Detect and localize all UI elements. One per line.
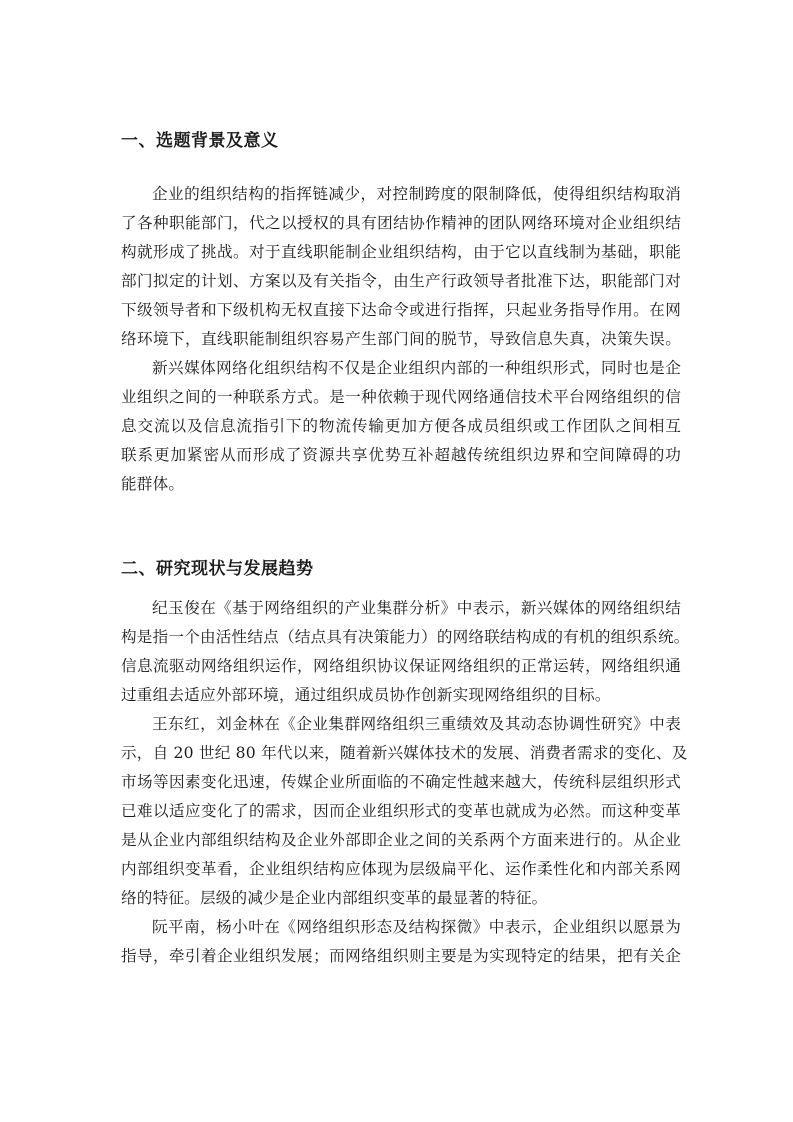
paragraph-5: 阮平南，杨小叶在《网络组织形态及结构探微》中表示，企业组织以愿景为 指导，牵引着… [121,913,681,971]
text-line: 过重组去适应外部环境，通过组织成员协作创新实现网络组织的目标。 [121,681,681,710]
text-line: 企业的组织结构的指挥链减少，对控制跨度的限制降低，使得组织结构取消 [121,180,681,209]
text-line: 业组织之间的一种联系方式。是一种依赖于现代网络通信技术平台网络组织的信 [121,383,681,412]
text-line: 纪玉俊在《基于网络组织的产业集群分析》中表示，新兴媒体的网络组织结 [121,594,681,623]
text-line: 络的特征。层级的减少是企业内部组织变革的最显著的特征。 [121,884,681,913]
text-line: 新兴媒体网络化组织结构不仅是企业组织内部的一种组织形式，同时也是企 [121,354,681,383]
paragraph-4: 王东红，刘金林在《企业集群网络组织三重绩效及其动态协调性研究》中表 示，自 20… [121,710,681,913]
text-line: 息交流以及信息流指引下的物流传输更加方便各成员组织或工作团队之间相互 [121,412,681,441]
text-line: 构是指一个由活性结点（结点具有决策能力）的网络联结构成的有机的组织系统。 [121,623,681,652]
text-line: 王东红，刘金林在《企业集群网络组织三重绩效及其动态协调性研究》中表 [121,710,681,739]
text-line: 信息流驱动网络组织运作，网络组织协议保证网络组织的正常运转，网络组织通 [121,652,681,681]
text-line: 已难以适应变化了的需求，因而企业组织形式的变革也就成为必然。而这种变革 [121,797,681,826]
text-line: 是从企业内部组织结构及企业外部即企业之间的关系两个方面来进行的。从企业 [121,826,681,855]
text-line: 下级领导者和下级机构无权直接下达命令或进行指挥，只起业务指导作用。在网 [121,296,681,325]
text-line: 阮平南，杨小叶在《网络组织形态及结构探微》中表示，企业组织以愿景为 [121,913,681,942]
paragraph-1: 企业的组织结构的指挥链减少，对控制跨度的限制降低，使得组织结构取消 了各种职能部… [121,180,681,354]
text-line: 市场等因素变化迅速，传媒企业所面临的不确定性越来越大，传统科层组织形式 [121,768,681,797]
text-line: 示，自 20 世纪 80 年代以来，随着新兴媒体技术的发展、消费者需求的变化、及 [121,739,681,768]
paragraph-3: 纪玉俊在《基于网络组织的产业集群分析》中表示，新兴媒体的网络组织结 构是指一个由… [121,594,681,710]
text-line: 构就形成了挑战。对于直线职能制企业组织结构，由于它以直线制为基础，职能 [121,238,681,267]
text-line: 指导，牵引着企业组织发展；而网络组织则主要是为实现特定的结果，把有关企 [121,942,681,971]
text-line: 能群体。 [121,470,681,499]
text-line: 内部组织变革看，企业组织结构应体现为层级扁平化、运作柔性化和内部关系网 [121,855,681,884]
text-line: 部门拟定的计划、方案以及有关指令，由生产行政领导者批准下达，职能部门对 [121,267,681,296]
text-line: 络环境下，直线职能制组织容易产生部门间的脱节，导致信息失真，决策失误。 [121,325,681,354]
text-line: 了各种职能部门，代之以授权的具有团结协作精神的团队网络环境对企业组织结 [121,209,681,238]
text-line: 联系更加紧密从而形成了资源共享优势互补超越传统组织边界和空间障碍的功 [121,441,681,470]
section-heading-1: 一、选题背景及意义 [121,126,279,151]
section-heading-2: 二、研究现状与发展趋势 [121,554,314,579]
paragraph-2: 新兴媒体网络化组织结构不仅是企业组织内部的一种组织形式，同时也是企 业组织之间的… [121,354,681,499]
